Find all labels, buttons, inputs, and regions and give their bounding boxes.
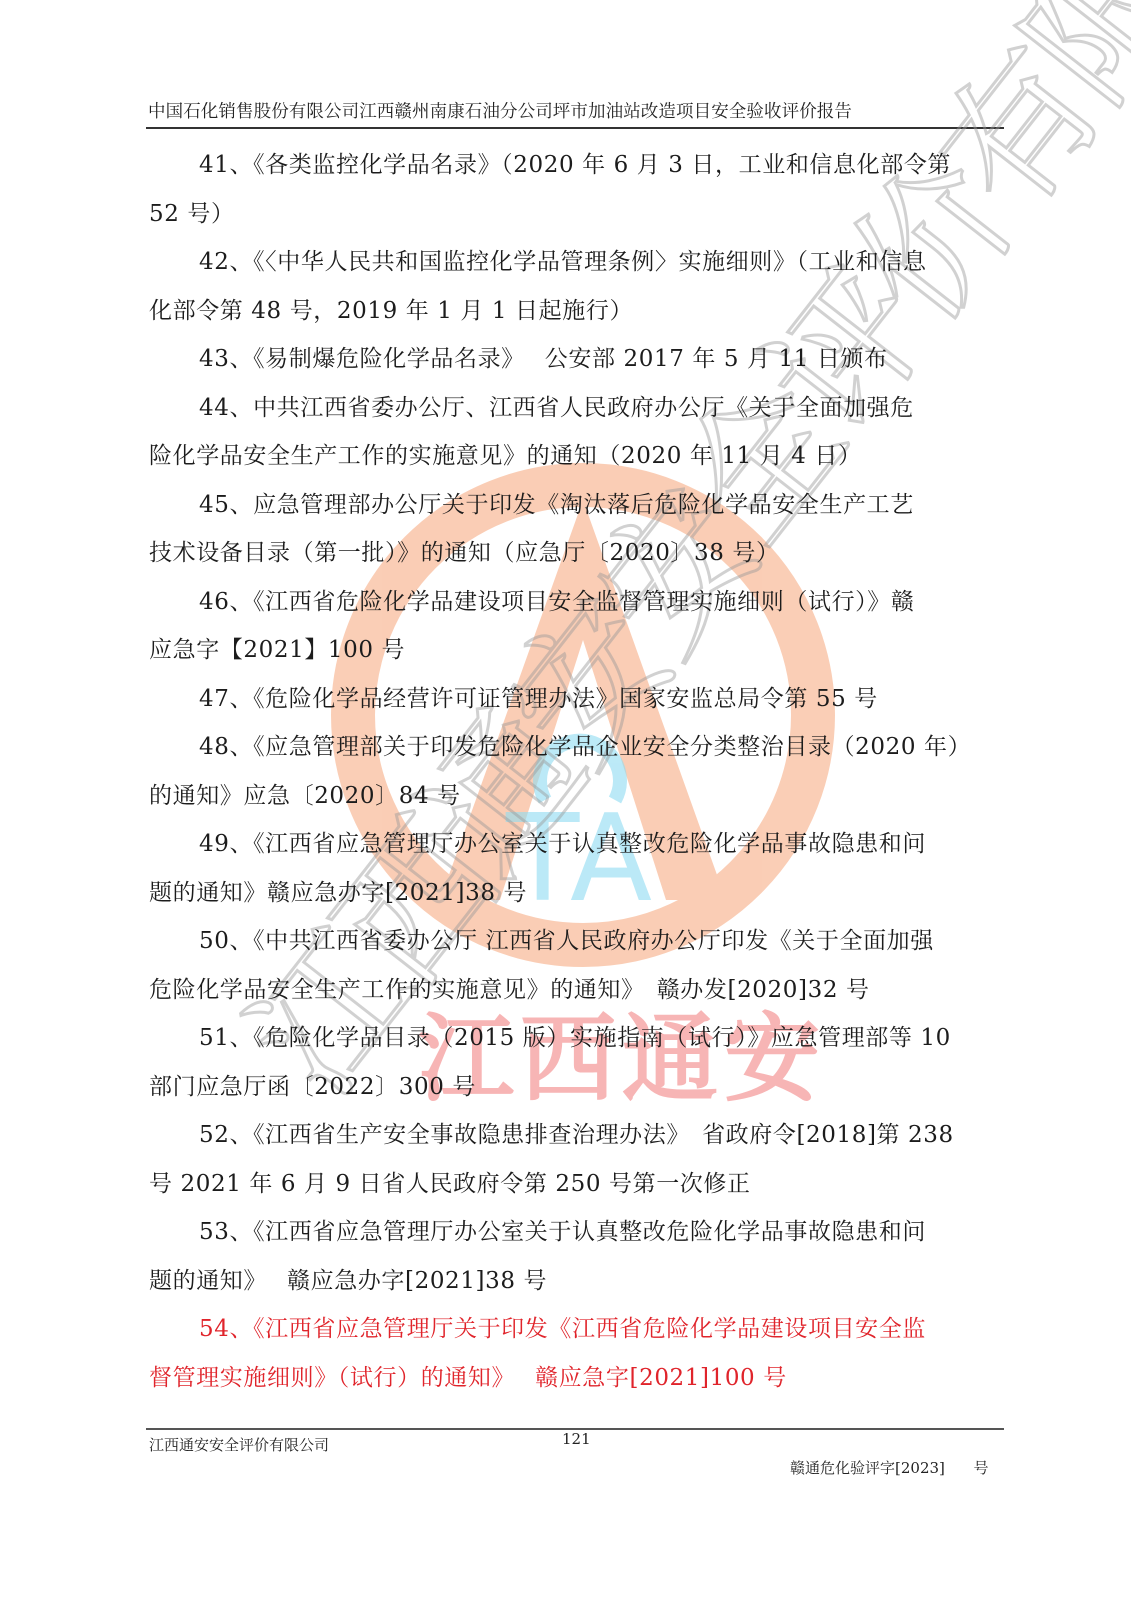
list-item-48: 48、《应急管理部关于印发危险化学品企业安全分类整治目录（2020 年） 的通知…	[149, 723, 1005, 820]
list-item-47: 47、《危险化学品经营许可证管理办法》国家安监总局令第 55 号	[149, 675, 1005, 724]
list-item-line: 52 号）	[149, 190, 1005, 239]
list-item-50: 50、《中共江西省委办公厅 江西省人民政府办公厅印发《关于全面加强 危险化学品安…	[149, 917, 1005, 1014]
list-item-line: 45、应急管理部办公厅关于印发《淘汰落后危险化学品安全生产工艺	[149, 481, 1005, 530]
list-item-line: 号 2021 年 6 月 9 日省人民政府令第 250 号第一次修正	[149, 1160, 1005, 1209]
list-item-line: 督管理实施细则》（试行）的通知》 赣应急字[2021]100 号	[149, 1354, 1005, 1403]
list-item-line: 44、中共江西省委办公厅、江西省人民政府办公厅《关于全面加强危	[149, 384, 1005, 433]
list-item-line: 52、《江西省生产安全事故隐患排查治理办法》 省政府令[2018]第 238	[149, 1111, 1005, 1160]
list-item-line: 41、《各类监控化学品名录》（2020 年 6 月 3 日，工业和信息化部令第	[149, 141, 1005, 190]
list-item-line: 部门应急厅函〔2022〕300 号	[149, 1063, 1005, 1112]
list-item-line: 题的通知》 赣应急办字[2021]38 号	[149, 1257, 1005, 1306]
list-item-42: 42、《〈中华人民共和国监控化学品管理条例〉实施细则》（工业和信息 化部令第 4…	[149, 238, 1005, 335]
list-item-53: 53、《江西省应急管理厅办公室关于认真整改危险化学品事故隐患和问 题的通知》 赣…	[149, 1208, 1005, 1305]
list-item-line: 50、《中共江西省委办公厅 江西省人民政府办公厅印发《关于全面加强	[149, 917, 1005, 966]
footer-doc-number: 赣通危化验评字[2023] 号	[790, 1457, 989, 1478]
document-page: 中国石化销售股份有限公司江西赣州南康石油分公司坪市加油站改造项目安全验收评价报告…	[0, 0, 1131, 1600]
list-item-line: 技术设备目录（第一批）》的通知（应急厅〔2020〕38 号）	[149, 529, 1005, 578]
list-item-line: 47、《危险化学品经营许可证管理办法》国家安监总局令第 55 号	[149, 675, 1005, 724]
list-item-line: 险化学品安全生产工作的实施意见》的通知（2020 年 11 月 4 日）	[149, 432, 1005, 481]
list-item-line: 48、《应急管理部关于印发危险化学品企业安全分类整治目录（2020 年）	[149, 723, 1005, 772]
list-item-line: 42、《〈中华人民共和国监控化学品管理条例〉实施细则》（工业和信息	[149, 238, 1005, 287]
list-item-46: 46、《江西省危险化学品建设项目安全监督管理实施细则（试行）》赣 应急字【202…	[149, 578, 1005, 675]
list-item-51: 51、《危险化学品目录（2015 版）实施指南（试行）》应急管理部等 10 部门…	[149, 1014, 1005, 1111]
list-item-line: 化部令第 48 号，2019 年 1 月 1 日起施行）	[149, 287, 1005, 336]
list-item-line: 54、《江西省应急管理厅关于印发《江西省危险化学品建设项目安全监	[149, 1305, 1005, 1354]
list-item-line: 应急字【2021】100 号	[149, 626, 1005, 675]
list-item-49: 49、《江西省应急管理厅办公室关于认真整改危险化学品事故隐患和问 题的通知》赣应…	[149, 820, 1005, 917]
footer-company: 江西通安安全评价有限公司	[149, 1434, 329, 1455]
page-number: 121	[562, 1430, 591, 1448]
header-title: 中国石化销售股份有限公司江西赣州南康石油分公司坪市加油站改造项目安全验收评价报告	[148, 98, 1008, 123]
list-item-43: 43、《易制爆危险化学品名录》 公安部 2017 年 5 月 11 日颁布	[149, 335, 1005, 384]
list-item-line: 49、《江西省应急管理厅办公室关于认真整改危险化学品事故隐患和问	[149, 820, 1005, 869]
list-item-52: 52、《江西省生产安全事故隐患排查治理办法》 省政府令[2018]第 238 号…	[149, 1111, 1005, 1208]
header-divider	[146, 127, 1004, 129]
list-item-line: 43、《易制爆危险化学品名录》 公安部 2017 年 5 月 11 日颁布	[149, 335, 1005, 384]
list-item-45: 45、应急管理部办公厅关于印发《淘汰落后危险化学品安全生产工艺 技术设备目录（第…	[149, 481, 1005, 578]
regulation-list: 41、《各类监控化学品名录》（2020 年 6 月 3 日，工业和信息化部令第 …	[149, 141, 1005, 1402]
list-item-line: 危险化学品安全生产工作的实施意见》的通知》 赣办发[2020]32 号	[149, 966, 1005, 1015]
list-item-line: 的通知》应急〔2020〕84 号	[149, 772, 1005, 821]
list-item-44: 44、中共江西省委办公厅、江西省人民政府办公厅《关于全面加强危 险化学品安全生产…	[149, 384, 1005, 481]
list-item-line: 46、《江西省危险化学品建设项目安全监督管理实施细则（试行）》赣	[149, 578, 1005, 627]
list-item-54-highlighted: 54、《江西省应急管理厅关于印发《江西省危险化学品建设项目安全监 督管理实施细则…	[149, 1305, 1005, 1402]
list-item-line: 题的通知》赣应急办字[2021]38 号	[149, 869, 1005, 918]
list-item-41: 41、《各类监控化学品名录》（2020 年 6 月 3 日，工业和信息化部令第 …	[149, 141, 1005, 238]
list-item-line: 51、《危险化学品目录（2015 版）实施指南（试行）》应急管理部等 10	[149, 1014, 1005, 1063]
list-item-line: 53、《江西省应急管理厅办公室关于认真整改危险化学品事故隐患和问	[149, 1208, 1005, 1257]
